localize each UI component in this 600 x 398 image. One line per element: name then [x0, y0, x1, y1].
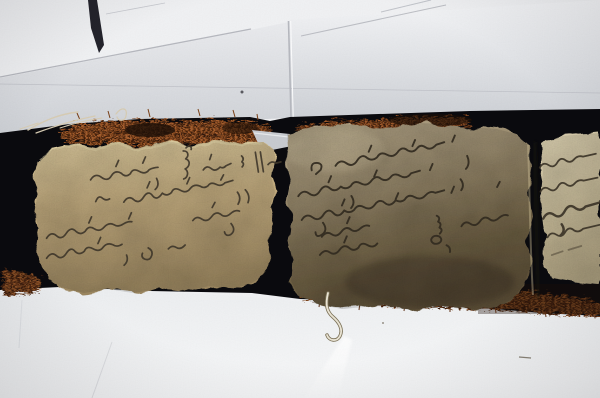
vignette-overlay — [0, 0, 600, 398]
photo-canvas — [0, 0, 600, 398]
manuscript-photograph — [0, 0, 600, 398]
